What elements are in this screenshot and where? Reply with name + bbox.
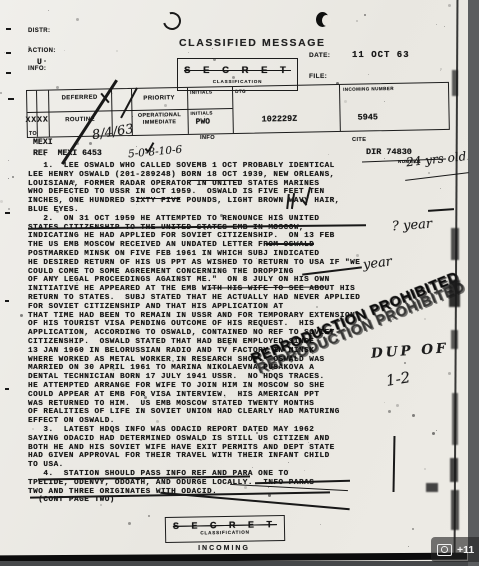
ink-line bbox=[190, 180, 242, 181]
document-viewer: DISTR: ACTION: U INFO: CLASSIFIED MESSAG… bbox=[0, 0, 479, 566]
body-line: FOR SOVIET CITIZENSHIP AND THAT HIS APPL… bbox=[28, 303, 284, 312]
noise-speck bbox=[12, 176, 14, 178]
noise-speck bbox=[300, 426, 301, 427]
ink-line bbox=[5, 388, 9, 390]
noise-speck bbox=[424, 468, 426, 470]
noise-speck bbox=[396, 404, 399, 407]
copy-artifact-blob-cut bbox=[322, 15, 331, 26]
noise-speck bbox=[44, 154, 46, 156]
noise-speck bbox=[80, 332, 81, 333]
routine-cell: ROUTINE bbox=[49, 116, 112, 123]
noise-speck bbox=[213, 58, 216, 61]
noise-speck bbox=[20, 314, 23, 317]
classification-box-bottom: S E C R E T CLASSIFICATION bbox=[165, 515, 285, 543]
body-line: OF ANY LEGAL PROCEEDINGS AGAINST ME." ON… bbox=[28, 276, 330, 285]
noise-speck bbox=[132, 116, 133, 117]
body-line: SAYING ODACID HAD DETERMINED OSWALD IS S… bbox=[28, 435, 330, 444]
body-line: INDICATING HE HAD APPLIED FOR SOVIET CIT… bbox=[28, 232, 335, 241]
scan-smudge bbox=[450, 458, 458, 482]
secret-stamp-top: S E C R E T bbox=[178, 65, 297, 76]
scan-smudge bbox=[451, 228, 459, 260]
to-value: MEXI bbox=[33, 138, 53, 147]
initials-header-1: INITIALS bbox=[190, 89, 212, 94]
routine-x-mark: XXXX bbox=[25, 116, 48, 125]
date-label: DATE: bbox=[309, 52, 330, 59]
noise-speck bbox=[440, 188, 441, 189]
operational-cell-2: IMMEDIATE bbox=[132, 119, 188, 126]
action-label: ACTION: bbox=[28, 48, 56, 54]
noise-speck bbox=[108, 350, 110, 352]
noise-speck bbox=[288, 470, 289, 471]
info-label: INFO: bbox=[28, 66, 46, 72]
noise-speck bbox=[8, 178, 9, 179]
viewer-background-bottom bbox=[0, 561, 468, 566]
body-line: DENTAL TECHNICIAN BORN 17 JULY 1941 USSR… bbox=[28, 373, 325, 382]
ink-line bbox=[137, 198, 180, 199]
noise-speck bbox=[8, 208, 10, 210]
noise-speck bbox=[212, 48, 213, 49]
priority-cell: PRIORITY bbox=[131, 95, 187, 102]
noise-speck bbox=[288, 462, 289, 463]
noise-speck bbox=[56, 86, 59, 89]
noise-speck bbox=[304, 470, 305, 471]
to-label: TO bbox=[29, 131, 37, 137]
noise-speck bbox=[448, 372, 451, 375]
noise-speck bbox=[384, 402, 385, 403]
noise-speck bbox=[228, 342, 231, 345]
noise-speck bbox=[428, 172, 430, 174]
noise-speck bbox=[56, 210, 59, 213]
noise-speck bbox=[224, 70, 227, 73]
noise-speck bbox=[384, 158, 385, 159]
classification-label-top: CLASSIFICATION bbox=[178, 79, 297, 84]
noise-speck bbox=[308, 442, 309, 443]
table-line bbox=[36, 91, 38, 137]
noise-speck bbox=[204, 232, 207, 235]
noise-speck bbox=[448, 4, 451, 7]
distr-label: DISTR: bbox=[28, 28, 50, 34]
body-line: LEE HENRY OSWALD (201-289248) BORN 18 OC… bbox=[28, 171, 335, 180]
body-line: OF REALITIES OF LIFE IN SOVIET UNION HAD… bbox=[28, 408, 340, 417]
noise-speck bbox=[344, 100, 347, 103]
ink-line bbox=[5, 300, 9, 302]
noise-speck bbox=[72, 180, 75, 183]
noise-speck bbox=[404, 362, 406, 364]
viewer-background-right bbox=[468, 0, 479, 566]
noise-speck bbox=[252, 467, 253, 468]
noise-speck bbox=[148, 515, 150, 517]
noise-speck bbox=[320, 524, 321, 525]
body-line: WHO DEFECTED TO USSR IN OCT 1959. OSWALD… bbox=[28, 188, 325, 197]
noise-speck bbox=[100, 504, 102, 506]
ink-line bbox=[5, 212, 10, 214]
noise-speck bbox=[204, 116, 205, 117]
noise-speck bbox=[232, 76, 235, 79]
operational-cell-1: OPERATIONAL bbox=[131, 112, 187, 119]
noise-speck bbox=[248, 436, 249, 437]
noise-speck bbox=[136, 146, 137, 147]
noise-speck bbox=[320, 276, 322, 278]
noise-speck bbox=[0, 200, 3, 203]
table-line bbox=[232, 87, 234, 133]
noise-speck bbox=[136, 204, 137, 205]
noise-speck bbox=[436, 430, 437, 431]
noise-speck bbox=[328, 154, 329, 155]
noise-speck bbox=[364, 14, 366, 16]
noise-speck bbox=[112, 93, 113, 94]
body-line: RETURN TO STATES. SUBJ STATED THAT HE AC… bbox=[28, 294, 360, 303]
file-label: FILE: bbox=[309, 73, 327, 80]
body-line: BLUE EYES. bbox=[28, 206, 79, 215]
scan-smudge bbox=[451, 490, 459, 530]
noise-speck bbox=[392, 318, 394, 320]
noise-speck bbox=[412, 414, 415, 417]
noise-speck bbox=[436, 24, 437, 25]
noise-speck bbox=[89, 142, 92, 145]
body-line: TO USA. bbox=[28, 461, 64, 470]
noise-speck bbox=[412, 528, 414, 530]
noise-speck bbox=[76, 142, 79, 145]
cite-label: CITE bbox=[352, 137, 366, 143]
noise-speck bbox=[356, 254, 359, 257]
noise-speck bbox=[144, 396, 147, 399]
ink-line bbox=[6, 72, 11, 74]
noise-speck bbox=[48, 10, 49, 11]
noise-speck bbox=[4, 52, 5, 53]
noise-speck bbox=[204, 228, 206, 230]
scan-smudge bbox=[426, 483, 438, 492]
body-line: 2. ON 31 OCT 1959 HE ATTEMPTED TO RENOUN… bbox=[28, 215, 319, 224]
noise-speck bbox=[188, 52, 189, 53]
noise-speck bbox=[432, 432, 435, 435]
noise-speck bbox=[64, 50, 65, 51]
noise-speck bbox=[440, 68, 442, 70]
scan-smudge bbox=[452, 70, 458, 96]
noise-speck bbox=[220, 214, 223, 217]
noise-speck bbox=[128, 480, 129, 481]
scan-smudge bbox=[452, 393, 458, 445]
scan-smudge bbox=[451, 330, 458, 349]
page-title: CLASSIFIED MESSAGE bbox=[179, 37, 326, 49]
noise-speck bbox=[256, 258, 257, 259]
noise-speck bbox=[76, 282, 78, 284]
noise-speck bbox=[440, 70, 441, 71]
noise-speck bbox=[244, 486, 247, 489]
noise-speck bbox=[72, 194, 73, 195]
table-line bbox=[339, 85, 341, 131]
body-line: HE ATTEMPTED ARRANGE FOR WIFE TO JOIN HI… bbox=[28, 382, 325, 391]
message-body: 1. LEE OSWALD WHO CALLED SOVEMB 1 OCT PR… bbox=[28, 162, 448, 507]
noise-speck bbox=[388, 410, 391, 413]
body-line: HAD GIVEN APPROVAL FOR THEIR TRAVEL WITH… bbox=[28, 452, 330, 461]
body-line: OF HIS TOURIST VISA PENDING OUTCOME OF H… bbox=[28, 320, 314, 329]
noise-speck bbox=[164, 116, 165, 117]
noise-speck bbox=[28, 48, 30, 50]
noise-speck bbox=[100, 482, 102, 484]
body-line: EFFECT ON OSWALD. bbox=[28, 417, 115, 426]
info-column-label: INFO bbox=[200, 135, 215, 141]
body-line: 3. LATEST HDQS INFO WAS ODACID REPORT DA… bbox=[28, 426, 314, 435]
noise-speck bbox=[424, 318, 426, 320]
noise-speck bbox=[52, 276, 54, 278]
noise-speck bbox=[156, 420, 159, 423]
noise-speck bbox=[308, 350, 309, 351]
noise-speck bbox=[384, 101, 385, 102]
incoming-number-header: INCOMING NUMBER bbox=[343, 86, 394, 92]
scan-smudge bbox=[449, 280, 460, 307]
noise-speck bbox=[32, 428, 34, 430]
body-line: POSTMARKED MINSK ON FIVE FEB 1961 IN WHI… bbox=[28, 250, 319, 259]
noise-speck bbox=[112, 368, 115, 371]
noise-speck bbox=[316, 450, 317, 451]
noise-speck bbox=[96, 452, 99, 455]
body-line: 1. LEE OSWALD WHO CALLED SOVEMB 1 OCT PR… bbox=[28, 162, 335, 171]
noise-speck bbox=[128, 522, 131, 525]
noise-speck bbox=[224, 396, 226, 398]
noise-speck bbox=[300, 170, 303, 173]
noise-speck bbox=[188, 188, 189, 189]
noise-speck bbox=[28, 254, 29, 255]
noise-speck bbox=[268, 494, 271, 497]
ink-line bbox=[266, 243, 314, 245]
dtg-header: DTG bbox=[235, 89, 246, 94]
noise-speck bbox=[172, 360, 174, 362]
image-count-badge[interactable]: +11 bbox=[431, 537, 479, 562]
date-value: 11 OCT 63 bbox=[352, 50, 410, 60]
noise-speck bbox=[272, 226, 275, 229]
incoming-number-value: 5945 bbox=[357, 112, 378, 122]
noise-speck bbox=[76, 18, 79, 21]
body-line: HE DESIRED RETURN OF HIS US PPT AS WISHE… bbox=[28, 259, 360, 268]
camera-icon bbox=[437, 544, 452, 556]
noise-speck bbox=[56, 338, 57, 339]
body-line: COULD APPEAR AT EMB FOR VISA INTERVIEW. … bbox=[28, 391, 319, 400]
noise-speck bbox=[356, 20, 358, 22]
noise-speck bbox=[8, 160, 9, 161]
noise-speck bbox=[408, 546, 409, 547]
noise-speck bbox=[164, 104, 167, 107]
noise-speck bbox=[280, 214, 282, 216]
dtg-value: 102229Z bbox=[262, 114, 298, 125]
initials-value: PWO bbox=[196, 117, 211, 126]
noise-speck bbox=[44, 60, 46, 62]
noise-speck bbox=[84, 428, 86, 430]
ink-line bbox=[6, 28, 11, 30]
noise-speck bbox=[256, 432, 258, 434]
noise-speck bbox=[336, 82, 339, 85]
noise-speck bbox=[0, 92, 2, 94]
image-count-label: +11 bbox=[457, 544, 474, 556]
routing-table: DEFERRED ROUTINE XXXX PRIORITY OPERATION… bbox=[26, 82, 450, 138]
noise-speck bbox=[368, 74, 369, 75]
noise-speck bbox=[184, 309, 185, 310]
noise-speck bbox=[160, 198, 163, 201]
initials-header-2: INITIALS bbox=[190, 110, 212, 115]
noise-speck bbox=[444, 26, 445, 27]
classification-label-bottom: CLASSIFICATION bbox=[166, 529, 284, 536]
ink-line bbox=[8, 98, 14, 100]
noise-speck bbox=[316, 306, 318, 308]
ink-line bbox=[6, 52, 11, 54]
noise-speck bbox=[116, 50, 118, 52]
noise-speck bbox=[268, 487, 269, 488]
noise-speck bbox=[200, 439, 202, 441]
incoming-footer-label: INCOMING bbox=[165, 545, 283, 552]
